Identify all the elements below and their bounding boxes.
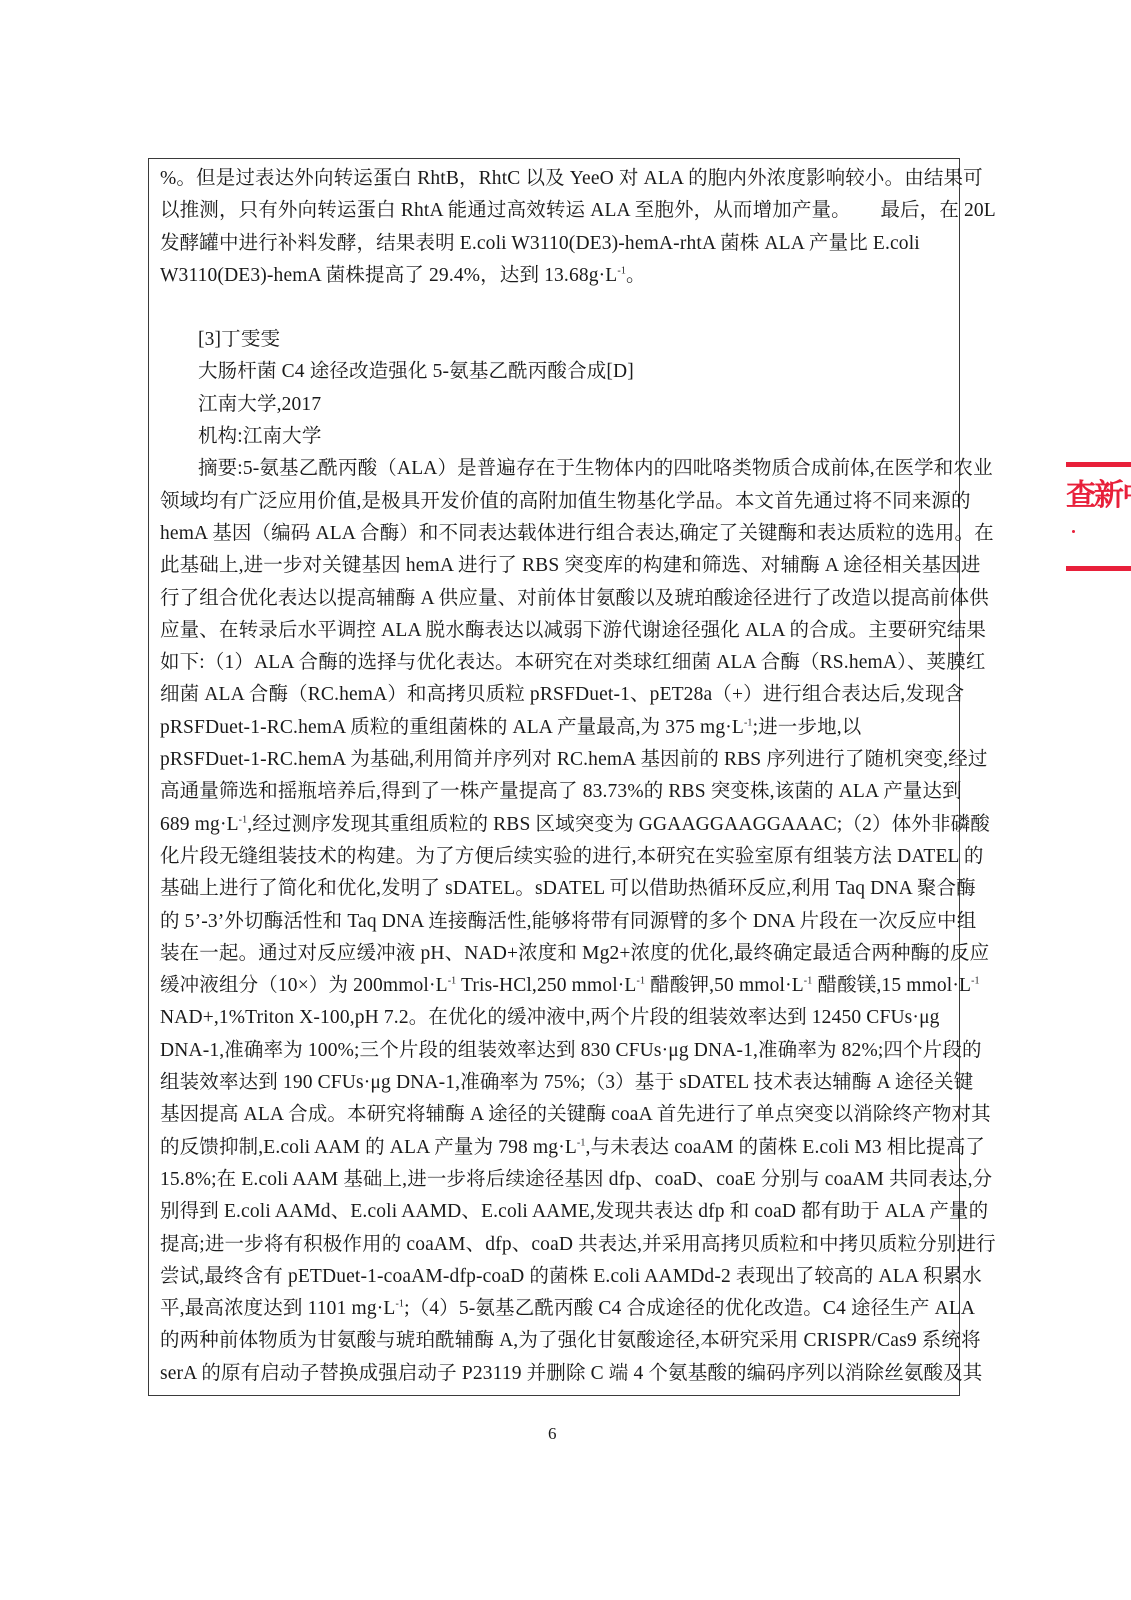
abstract-line: 尝试,最终含有 pETDuet-1-coaAM-dfp-coaD 的菌株 E.c… (160, 1261, 949, 1293)
text-line: 以推测，只有外向转运蛋白 RhtA 能通过高效转运 ALA 至胞外，从而增加产量… (160, 195, 949, 227)
abstract-line: 基因提高 ALA 合成。本研究将辅酶 A 途径的关键酶 coaA 首先进行了单点… (160, 1099, 949, 1131)
abstract-line: 细菌 ALA 合酶（RC.hemA）和高拷贝质粒 pRSFDuet-1、pET2… (160, 679, 949, 711)
abstract-line: 15.8%;在 E.coli AAM 基础上,进一步将后续途径基因 dfp、co… (160, 1164, 949, 1196)
abstract-line: 的两种前体物质为甘氨酸与琥珀酰辅酶 A,为了强化甘氨酸途径,本研究采用 CRIS… (160, 1325, 949, 1357)
abstract-line: 组装效率达到 190 CFUs·μg DNA-1,准确率为 75%;（3）基于 … (160, 1067, 949, 1099)
page-number: 6 (548, 1424, 557, 1444)
stamp-border-bottom (1066, 566, 1131, 571)
abstract-line: 689 mg·L-1,经过测序发现其重组质粒的 RBS 区域突变为 GGAAGG… (160, 809, 949, 841)
reference-author: [3]丁雯雯 (160, 324, 949, 356)
reference-title: 大肠杆菌 C4 途径改造强化 5-氨基乙酰丙酸合成[D] (160, 356, 949, 388)
abstract-line: pRSFDuet-1-RC.hemA 为基础,利用简并序列对 RC.hemA 基… (160, 744, 949, 776)
text-line: W3110(DE3)-hemA 菌株提高了 29.4%，达到 13.68g·L-… (160, 260, 949, 292)
abstract-line: 提高;进一步将有积极作用的 coaAM、dfp、coaD 共表达,并采用高拷贝质… (160, 1229, 949, 1261)
abstract-line: 高通量筛选和摇瓶培养后,得到了一株产量提高了 83.73%的 RBS 突变株,该… (160, 776, 949, 808)
abstract-line: 此基础上,进一步对关键基因 hemA 进行了 RBS 突变库的构建和筛选、对辅酶… (160, 550, 949, 582)
document-content-box: %。但是过表达外向转运蛋白 RhtB，RhtC 以及 YeeO 对 ALA 的胞… (148, 158, 960, 1396)
abstract-line: 别得到 E.coli AAMd、E.coli AAMD、E.coli AAME,… (160, 1196, 949, 1228)
stamp-border-top (1066, 462, 1131, 467)
abstract-paragraph: 摘要:5-氨基乙酰丙酸（ALA）是普遍存在于生物体内的四吡咯类物质合成前体,在医… (160, 453, 949, 1390)
abstract-line: 如下:（1）ALA 合酶的选择与优化表达。本研究在对类球红细菌 ALA 合酶（R… (160, 647, 949, 679)
abstract-line: NAD+,1%Triton X-100,pH 7.2。在优化的缓冲液中,两个片段… (160, 1002, 949, 1034)
abstract-line: 平,最高浓度达到 1101 mg·L-1;（4）5-氨基乙酰丙酸 C4 合成途径… (160, 1293, 949, 1325)
abstract-line: 领域均有广泛应用价值,是极具开发价值的高附加值生物基化学品。本文首先通过将不同来… (160, 486, 949, 518)
abstract-line: 装在一起。通过对反应缓冲液 pH、NAD+浓度和 Mg2+浓度的优化,最终确定最… (160, 938, 949, 970)
reference-publisher-year: 江南大学,2017 (160, 389, 949, 421)
official-seal-stamp: 查新中 (1066, 462, 1131, 574)
spacer (160, 292, 949, 324)
abstract-line: serA 的原有启动子替换成强启动子 P23119 并删除 C 端 4 个氨基酸… (160, 1358, 949, 1390)
stamp-mark (1072, 530, 1075, 533)
abstract-line: 的 5’-3’外切酶活性和 Taq DNA 连接酶活性,能够将带有同源臂的多个 … (160, 906, 949, 938)
abstract-line: 摘要:5-氨基乙酰丙酸（ALA）是普遍存在于生物体内的四吡咯类物质合成前体,在医… (160, 453, 949, 485)
abstract-line: 行了组合优化表达以提高辅酶 A 供应量、对前体甘氨酸以及琥珀酸途径进行了改造以提… (160, 583, 949, 615)
abstract-line: 的反馈抑制,E.coli AAM 的 ALA 产量为 798 mg·L-1,与未… (160, 1132, 949, 1164)
abstract-line: hemA 基因（编码 ALA 合酶）和不同表达载体进行组合表达,确定了关键酶和表… (160, 518, 949, 550)
reference-entry: [3]丁雯雯 大肠杆菌 C4 途径改造强化 5-氨基乙酰丙酸合成[D] 江南大学… (160, 324, 949, 453)
abstract-line: pRSFDuet-1-RC.hemA 质粒的重组菌株的 ALA 产量最高,为 3… (160, 712, 949, 744)
text-line: %。但是过表达外向转运蛋白 RhtB，RhtC 以及 YeeO 对 ALA 的胞… (160, 163, 949, 195)
abstract-line: 缓冲液组分（10×）为 200mmol·L-1 Tris-HCl,250 mmo… (160, 970, 949, 1002)
abstract-line: 基础上进行了简化和优化,发明了 sDATEL。sDATEL 可以借助热循环反应,… (160, 873, 949, 905)
abstract-line: 应量、在转录后水平调控 ALA 脱水酶表达以减弱下游代谢途径强化 ALA 的合成… (160, 615, 949, 647)
text-line: 发酵罐中进行补料发酵，结果表明 E.coli W3110(DE3)-hemA-r… (160, 228, 949, 260)
reference-institution: 机构:江南大学 (160, 421, 949, 453)
continuation-paragraph: %。但是过表达外向转运蛋白 RhtB，RhtC 以及 YeeO 对 ALA 的胞… (160, 163, 949, 292)
abstract-line: 化片段无缝组装技术的构建。为了方便后续实验的进行,本研究在实验室原有组装方法 D… (160, 841, 949, 873)
stamp-text: 查新中 (1066, 470, 1131, 514)
abstract-line: DNA-1,准确率为 100%;三个片段的组装效率达到 830 CFUs·μg … (160, 1035, 949, 1067)
